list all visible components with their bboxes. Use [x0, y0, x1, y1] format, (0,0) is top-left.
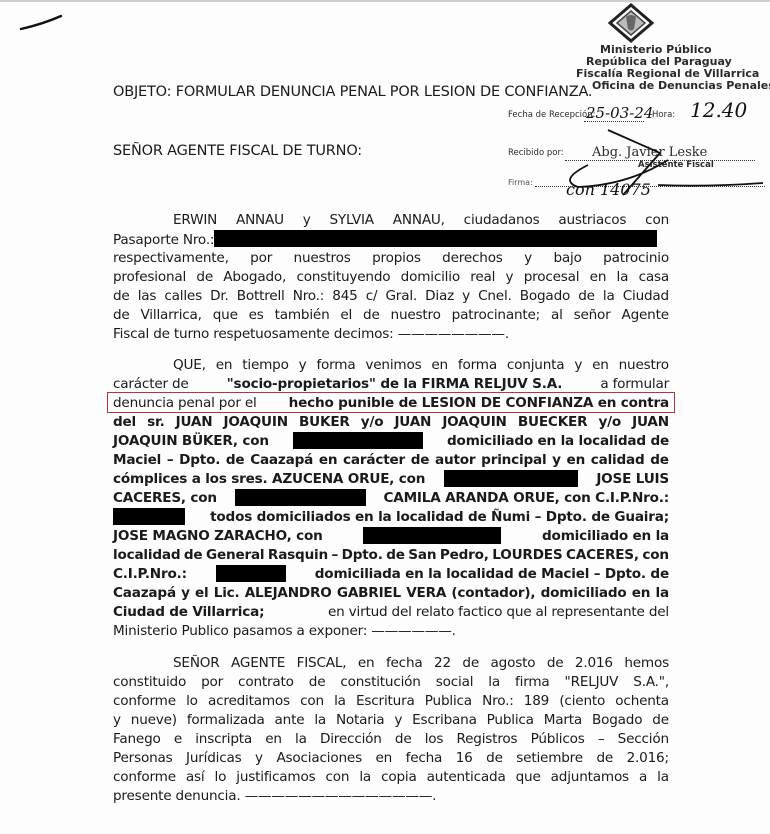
word: nuestro [391, 306, 441, 325]
word: justificamos [236, 768, 315, 787]
word: es [249, 306, 264, 325]
word: lo [215, 768, 227, 787]
word: – [332, 546, 339, 565]
word: calidad [591, 451, 645, 470]
word: en [375, 749, 392, 768]
word: en [319, 451, 338, 470]
word: Dr. [210, 287, 229, 306]
word: en [567, 451, 586, 470]
word: Fanego [113, 730, 161, 749]
word: patrocinio [603, 249, 669, 268]
redacted-block [214, 230, 657, 247]
text: JOSE LUIS [596, 470, 669, 489]
word: la [617, 268, 629, 287]
word: de [363, 306, 380, 325]
p2-line-14: Ciudad de Villarrica; en virtud del rela… [113, 603, 669, 622]
word: – [167, 451, 174, 470]
word: lo [186, 692, 198, 711]
handwritten-mark-icon [18, 12, 68, 34]
word: de [395, 730, 412, 749]
word: procesal [524, 268, 580, 287]
word: VERA [406, 584, 446, 603]
word: GABRIEL [337, 584, 401, 603]
word: e [174, 730, 182, 749]
word: conforme [113, 768, 176, 787]
text: en virtud del relato factico que al repr… [328, 603, 669, 622]
word: – [598, 730, 605, 749]
p2-line-1: QUE,entiempoyformavenimosenformaconjunta… [173, 356, 669, 375]
text: domiciliada en la localidad de Maciel – … [315, 565, 669, 584]
word: en [431, 356, 448, 375]
firma-note: con 14075 [566, 180, 651, 199]
word: social [436, 673, 474, 692]
word: con [645, 211, 669, 230]
word: y/o [598, 413, 621, 432]
word: localidad [113, 546, 180, 565]
hora-value: 12.40 [690, 98, 747, 122]
word: autenticada [427, 768, 506, 787]
p1-line-3: respectivamente,pornuestrospropiosderech… [113, 249, 669, 268]
word: de [226, 451, 245, 470]
word: constitución [340, 673, 420, 692]
word: casa [639, 268, 669, 287]
word: la [334, 692, 346, 711]
word: que [516, 768, 541, 787]
text: todos domiciliados en la localidad de Ñu… [210, 508, 669, 527]
p2-line-3: denuncia penal por el hecho punible de L… [113, 394, 669, 413]
word: bajo [553, 249, 581, 268]
text: denuncia penal por el [113, 394, 257, 413]
salutation: SEÑOR AGENTE FISCAL DE TURNO: [113, 143, 362, 159]
word: Nro.: [293, 287, 324, 306]
word: Dirección [320, 730, 382, 749]
word: venimos [365, 356, 421, 375]
word: Bottrell [237, 287, 285, 306]
word: de [196, 268, 213, 287]
redacted-block [113, 508, 185, 525]
word: "RELJUV [565, 673, 619, 692]
p2-line-11: localidaddeGeneralRasquin–Dpto.deSanPedr… [113, 546, 669, 565]
word: BUKER [299, 413, 350, 432]
word: hemos [624, 654, 669, 673]
word: Sección [618, 730, 669, 749]
word: con [300, 692, 324, 711]
word: conjunta [507, 356, 564, 375]
word: Villarrica, [141, 306, 202, 325]
word: forma [316, 356, 355, 375]
word: ANNAU, [393, 211, 445, 230]
word: adjuntamos [551, 768, 629, 787]
word: que [213, 306, 238, 325]
word: por [250, 249, 272, 268]
word: Públicos [531, 730, 585, 749]
redacted-block [363, 527, 501, 544]
p1-line-7: Fiscal de turno respetuosamente decimos:… [113, 325, 669, 344]
p3-line-6: PersonasJurídicasyAsociacionesenfecha16d… [113, 749, 669, 768]
word: de [113, 306, 130, 325]
word: formalizada [187, 711, 265, 730]
word: Dpto. [342, 546, 383, 565]
word: 845 [332, 287, 357, 306]
word: de [578, 287, 595, 306]
word: 16 [456, 749, 473, 768]
p3-line-8: presente denuncia. ——————————————. [113, 787, 669, 806]
p2-line-8: CACERES, con CAMILA ARANDA ORUE, con C.I… [113, 489, 669, 508]
word: a [639, 768, 647, 787]
word: y [506, 268, 514, 287]
word: las [138, 287, 157, 306]
word: respectivamente, [113, 249, 229, 268]
word: Abogado, [223, 268, 286, 287]
word: patrocinante; [452, 306, 540, 325]
word: JUAN [394, 413, 431, 432]
word: en [358, 654, 375, 673]
p2-line-9: todos domiciliados en la localidad de Ñu… [113, 508, 669, 527]
word: General [206, 546, 264, 565]
word: en [592, 356, 609, 375]
word: de [650, 451, 669, 470]
word: y [181, 584, 190, 603]
stamp-line-4: Oficina de Denuncias Penales [592, 79, 770, 92]
word: (contador), [451, 584, 535, 603]
word: Pedro, [440, 546, 489, 565]
word: de [596, 749, 613, 768]
document-subject: OBJETO: FORMULAR DENUNCIA PENAL POR LESI… [113, 84, 592, 100]
word: Caazapá [113, 584, 176, 603]
p3-line-5: FanegoeinscriptaenlaDireccióndelosRegist… [113, 730, 669, 749]
word: en [632, 584, 651, 603]
word: forma [458, 356, 497, 375]
word: c/ [366, 287, 378, 306]
text: JOAQUIN BÜKER, con [113, 432, 269, 451]
word: Bogado [520, 287, 570, 306]
word: y [299, 356, 307, 375]
word: AGENTE [231, 654, 285, 673]
word: por [201, 673, 223, 692]
word: 2.016; [627, 749, 669, 768]
word: domicilio [401, 268, 460, 287]
word: Diaz [425, 287, 454, 306]
word: setiembre [516, 749, 583, 768]
word: inscripta [195, 730, 252, 749]
word: Asociaciones [276, 749, 362, 768]
p1-line-1: ERWINANNAUySYLVIAANNAU,ciudadanosaustria… [173, 211, 669, 230]
word: LOURDES [492, 546, 562, 565]
word: ANNAU [236, 211, 284, 230]
word: Registros [457, 730, 518, 749]
word: SEÑOR [173, 654, 220, 673]
word: austriacos [558, 211, 626, 230]
word: acreditamos [208, 692, 290, 711]
word: calles [164, 287, 202, 306]
word: sr. [147, 413, 164, 432]
word: en [590, 268, 607, 287]
word: constituido [113, 673, 186, 692]
word: y [552, 451, 561, 470]
p2-line-12: C.I.P.Nro.: domiciliada en la localidad … [113, 565, 669, 584]
word: la [314, 711, 326, 730]
text: cómplices a los sres. AZUCENA ORUE, con [113, 470, 425, 489]
word: Ciudad [623, 287, 669, 306]
word: real [470, 268, 495, 287]
word: de [547, 654, 564, 673]
word: JUAN [632, 413, 669, 432]
p1-line-4: profesionaldeAbogado,constituyendodomici… [113, 268, 669, 287]
word: y [462, 287, 470, 306]
word: Cnel. [478, 287, 512, 306]
word: ciudadanos [464, 211, 540, 230]
word: y [255, 749, 263, 768]
word: autor [435, 451, 475, 470]
word: ALEJANDRO [245, 584, 332, 603]
redacted-block [444, 470, 578, 487]
word: Maciel [113, 451, 161, 470]
hora-label: Hora: [652, 110, 675, 120]
word: Escribana [412, 711, 477, 730]
p1-line-2: Pasaporte Nro.: [113, 230, 669, 250]
word: Publica [487, 711, 534, 730]
fecha-recepcion-label: Fecha de Recepción: [508, 110, 596, 120]
recibido-por-label: Recibido por: [508, 148, 564, 158]
word: principal [481, 451, 546, 470]
p3-line-7: conformeasílojustificamosconlacopiaauten… [113, 768, 669, 787]
word: en [265, 730, 282, 749]
p2-line-15: Ministerio Publico pasamos a exponer: ——… [113, 622, 669, 641]
word: ochenta [615, 692, 669, 711]
p1-line-5: delascallesDr.BottrellNro.:845c/Gral.Dia… [113, 287, 669, 306]
word: la [488, 673, 500, 692]
word: con [642, 546, 668, 565]
word: 22 [434, 654, 451, 673]
word: de [462, 654, 479, 673]
word: en [216, 356, 233, 375]
word: San [408, 546, 436, 565]
word: la [657, 768, 669, 787]
word: Jurídicas [186, 749, 241, 768]
word: Rasquin [268, 546, 328, 565]
text: Ciudad de Villarrica; [113, 603, 264, 622]
text: CACERES, con [113, 489, 217, 508]
recibido-por-role: Asistente Fiscal [638, 160, 714, 170]
word: derechos [442, 249, 503, 268]
word: nuestros [294, 249, 351, 268]
word: fecha [386, 654, 423, 673]
page-top-edge [0, 0, 770, 2]
recibido-por-value: Abg. Javier Leske [592, 145, 707, 160]
word: de [652, 711, 669, 730]
word: así [186, 768, 205, 787]
word: CACERES, [566, 546, 639, 565]
word: Publica [425, 692, 472, 711]
word: el [340, 306, 352, 325]
word: la [359, 768, 371, 787]
word: contrato [238, 673, 294, 692]
word: de [386, 546, 405, 565]
word: Agente [621, 306, 668, 325]
word: Dpto. [179, 451, 220, 470]
redacted-block [293, 432, 423, 449]
word: Notaria [336, 711, 384, 730]
word: el [195, 584, 208, 603]
word: los [425, 730, 444, 749]
text: CAMILA ARANDA ORUE, con C.I.P.Nro.: [384, 489, 669, 508]
word: del [113, 413, 136, 432]
p2-line-6: Maciel–Dpto.deCaazapáencarácterdeautorpr… [113, 451, 669, 470]
word: propios [372, 249, 421, 268]
redacted-block [216, 565, 286, 582]
word: y/o [361, 413, 384, 432]
word: y [574, 356, 582, 375]
word: nuestro [619, 356, 669, 375]
text: JOSE MAGNO ZARACHO, con [113, 527, 323, 546]
word: de [411, 451, 430, 470]
word: JOAQUIN [442, 413, 506, 432]
word: BUECKER [518, 413, 588, 432]
text: C.I.P.Nro.: [113, 565, 187, 584]
text: domiciliado en la localidad de [447, 432, 669, 451]
word: Nro.: [482, 692, 513, 711]
word: Lic. [214, 584, 240, 603]
word: FISCAL, [297, 654, 347, 673]
word: ante [275, 711, 305, 730]
p3-line-1: SEÑORAGENTEFISCAL,enfecha22deagostode2.0… [173, 654, 669, 673]
word: la [655, 584, 668, 603]
firma-label: Firma: [508, 178, 533, 187]
word: 2.016 [575, 654, 613, 673]
p2-line-5: JOAQUIN BÜKER, con domiciliado en la loc… [113, 432, 669, 451]
word: de [486, 749, 503, 768]
word: JOAQUIN [224, 413, 288, 432]
word: JUAN [176, 413, 213, 432]
word: Personas [113, 749, 173, 768]
p3-line-2: constituidoporcontratodeconstituciónsoci… [113, 673, 669, 692]
word: SYLVIA [329, 211, 373, 230]
p2-line-4: delsr.JUANJOAQUINBUKERy/oJUANJOAQUINBUEC… [113, 413, 669, 432]
redacted-block [235, 489, 366, 506]
word: (ciento [559, 692, 605, 711]
word: y [394, 711, 402, 730]
word: señor [574, 306, 611, 325]
word: 189 [524, 692, 549, 711]
word: Marta [544, 711, 582, 730]
word: y [524, 249, 532, 268]
word: Caazapá [250, 451, 313, 470]
word: QUE, [173, 356, 206, 375]
word: la [295, 730, 307, 749]
text: domiciliado en la [542, 527, 669, 546]
p1-line-6: deVillarrica,queestambiéneldenuestropatr… [113, 306, 669, 325]
word: S.A.", [633, 673, 669, 692]
p3-line-4: ynueve)formalizadaantelaNotariayEscriban… [113, 711, 669, 730]
crime-name: hecho punible de LESION DE CONFIANZA en … [289, 394, 669, 413]
word: copia [381, 768, 417, 787]
pasaporte-label: Pasaporte Nro.: [113, 232, 214, 248]
word: firma [515, 673, 549, 692]
word: también [275, 306, 330, 325]
p2-line-10: JOSE MAGNO ZARACHO, con domiciliado en l… [113, 527, 669, 546]
word: la [603, 287, 615, 306]
word: de [113, 287, 130, 306]
word: profesional [113, 268, 186, 287]
word: de [184, 546, 203, 565]
word: domiciliado [541, 584, 627, 603]
word: nueve) [131, 711, 177, 730]
word: conforme [113, 692, 176, 711]
p2-line-13: CaazapáyelLic.ALEJANDROGABRIELVERA(conta… [113, 584, 669, 603]
word: Gral. [385, 287, 417, 306]
word: Escritura [356, 692, 415, 711]
word: de [309, 673, 326, 692]
word: con [326, 768, 350, 787]
word: y [303, 211, 311, 230]
word: agosto [491, 654, 536, 673]
word: Bogado [592, 711, 642, 730]
fecha-recepcion-value: 25-03-24 [586, 104, 653, 122]
p3-line-3: conformeloacreditamosconlaEscrituraPubli… [113, 692, 669, 711]
word: tiempo [242, 356, 288, 375]
ministerio-publico-emblem-icon [608, 3, 654, 43]
word: carácter [343, 451, 405, 470]
word: ERWIN [173, 211, 217, 230]
p2-line-7: cómplices a los sres. AZUCENA ORUE, con … [113, 470, 669, 489]
word: y [113, 711, 121, 730]
word: al [551, 306, 563, 325]
word: fecha [406, 749, 443, 768]
word: constituyendo [296, 268, 390, 287]
